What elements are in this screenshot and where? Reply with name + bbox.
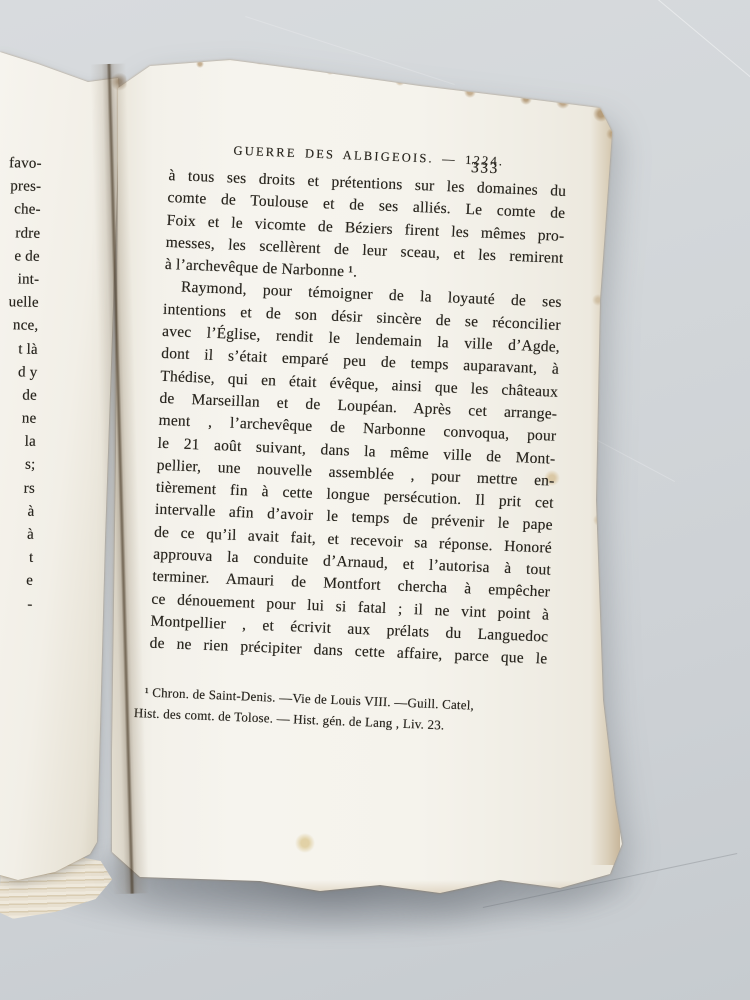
right-page: GUERRE DES ALBIGEOIS. — 1224. 333 à tous…: [98, 50, 643, 910]
fragment-line: nce,: [0, 314, 39, 338]
page-body: à tous ses droits et prétentions sur les…: [149, 165, 566, 671]
fragment-line: t: [0, 546, 34, 570]
page-edge-right: [590, 105, 620, 865]
fragment-line: rs: [0, 477, 35, 501]
fragment-line: e de: [0, 245, 40, 269]
printed-text-block: GUERRE DES ALBIGEOIS. — 1224. 333 à tous…: [146, 138, 567, 740]
left-page: favo-pres-che-rdree deint-uellence,t làd…: [0, 40, 126, 880]
fragment-line: e: [0, 569, 33, 593]
fragment-line: de: [0, 384, 37, 408]
fragment-line: int-: [0, 268, 40, 292]
fragment-line: t là: [0, 337, 38, 361]
page-edge-top: [98, 50, 643, 62]
fragment-line: d y: [0, 361, 38, 385]
fragment-line: favo-: [0, 152, 42, 176]
running-title: GUERRE DES ALBIGEOIS. — 1224.: [233, 144, 504, 170]
page-number: 333: [471, 159, 499, 178]
left-page-fragments: favo-pres-che-rdree deint-uellence,t làd…: [0, 152, 45, 617]
fragment-line: à: [0, 523, 34, 547]
footnote: ¹ Chron. de Saint-Denis. —Vie de Louis V…: [133, 681, 502, 739]
table-scratch-line: [622, 0, 750, 92]
fragment-line: rdre: [0, 222, 41, 246]
fragment-line: à: [0, 500, 35, 524]
fragment-line: -: [0, 592, 33, 616]
fragment-line: che-: [0, 198, 41, 222]
fragment-line: s;: [0, 453, 36, 477]
fragment-line: pres-: [0, 175, 42, 199]
fragment-line: uelle: [0, 291, 39, 315]
fragment-line: ne: [0, 407, 37, 431]
fragment-line: la: [0, 430, 36, 454]
